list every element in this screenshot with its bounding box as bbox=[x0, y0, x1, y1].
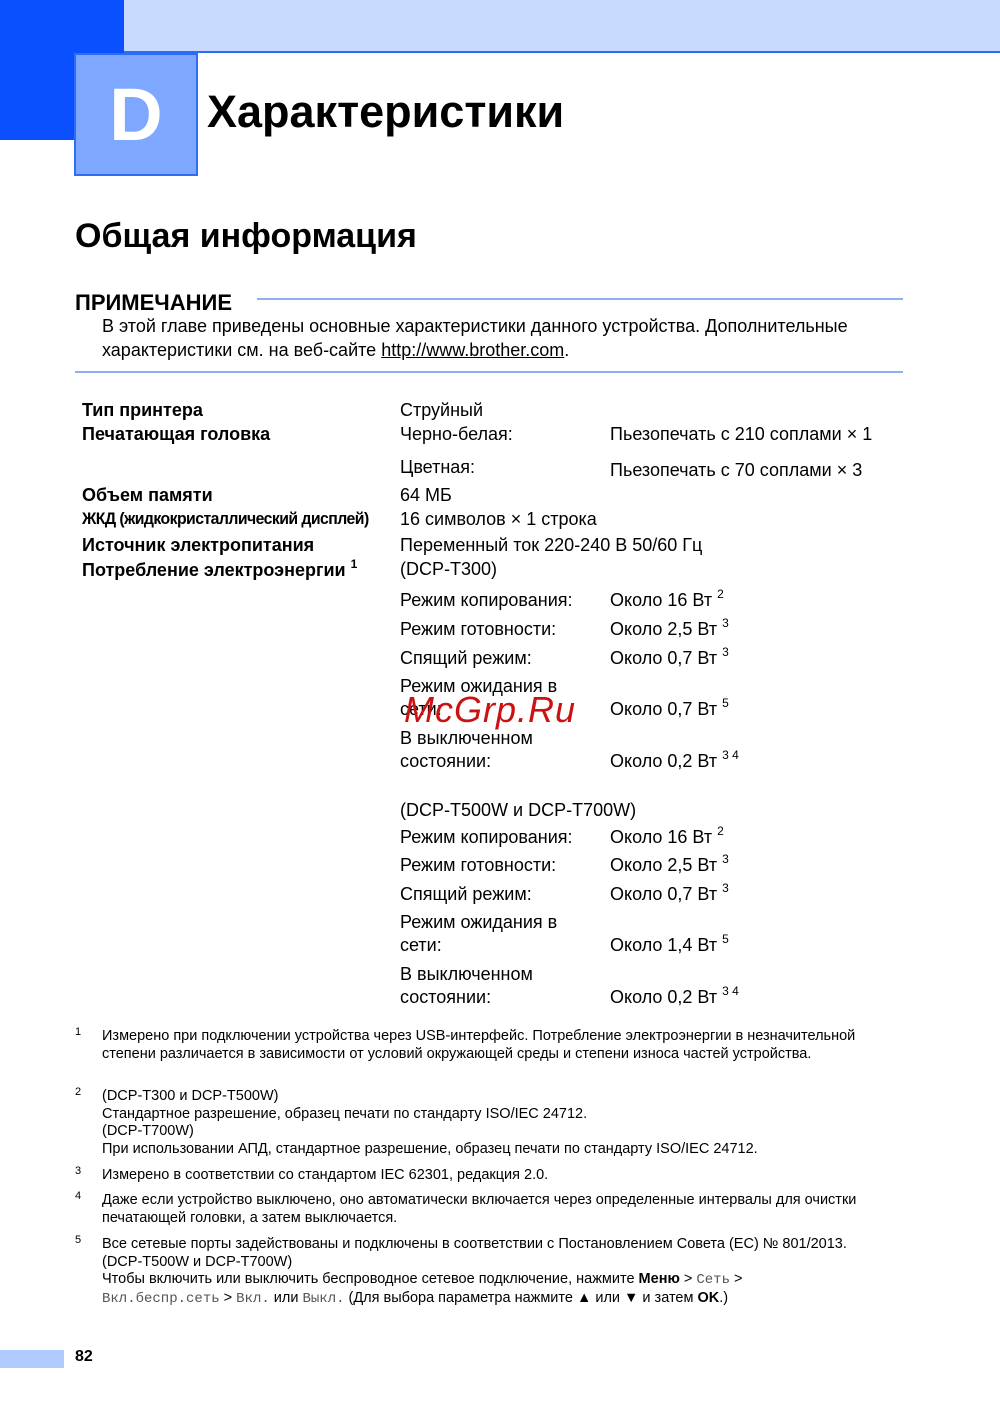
menu-network: Сеть bbox=[696, 1272, 730, 1288]
print-head-bw-value: Пьезопечать с 210 соплами × 1 bbox=[610, 422, 872, 446]
page-number-bar bbox=[0, 1350, 64, 1368]
option-off: Выкл. bbox=[302, 1291, 344, 1307]
footnote-2: (DCP-T300 и DCP-T500W) Стандартное разре… bbox=[102, 1088, 912, 1158]
label-printer-type: Тип принтера bbox=[82, 398, 203, 422]
footnote-line: (DCP-T500W и DCP-T700W) bbox=[102, 1254, 912, 1272]
power-value-text: Около 16 Вт bbox=[610, 827, 712, 847]
footnote-line: Стандартное разрешение, образец печати п… bbox=[102, 1106, 912, 1124]
note-text: В этой главе приведены основные характер… bbox=[102, 314, 912, 362]
power-row-value: Около 0,7 Вт 5 bbox=[610, 697, 729, 721]
menu-wlan: Вкл.беспр.сеть bbox=[102, 1291, 220, 1307]
footnote-line: Вкл.беспр.сеть > Вкл. или Выкл. (Для выб… bbox=[102, 1290, 912, 1309]
chapter-letter-box: D bbox=[74, 53, 198, 176]
footnote-ref: 3 4 bbox=[722, 984, 739, 998]
power-row-value: Около 2,5 Вт 3 bbox=[610, 617, 729, 641]
power-value-text: Около 0,7 Вт bbox=[610, 699, 717, 719]
power-group-model: (DCP-T500W и DCP-T700W) bbox=[400, 798, 636, 822]
footnote-line: При использовании АПД, стандартное разре… bbox=[102, 1141, 912, 1159]
footnote-3: Измерено в соответствии со стандартом IE… bbox=[102, 1167, 912, 1185]
footnote-text: .) bbox=[719, 1290, 728, 1306]
power-row-name: Режим готовности: bbox=[400, 617, 556, 641]
footnote-number: 3 bbox=[75, 1163, 81, 1179]
power-row-value: Около 0,2 Вт 3 4 bbox=[610, 749, 739, 773]
page-number: 82 bbox=[75, 1347, 93, 1367]
brother-website-link[interactable]: http://www.brother.com bbox=[381, 340, 564, 360]
power-value-text: Около 0,2 Вт bbox=[610, 751, 717, 771]
footnote-line: (DCP-T700W) bbox=[102, 1123, 912, 1141]
note-title: ПРИМЕЧАНИЕ bbox=[75, 289, 232, 317]
footnote-ref: 5 bbox=[722, 932, 729, 946]
power-value-text: Около 1,4 Вт bbox=[610, 935, 717, 955]
power-row-name-line2: состоянии: bbox=[400, 985, 491, 1009]
option-on: Вкл. bbox=[236, 1291, 270, 1307]
value-lcd: 16 символов × 1 строка bbox=[400, 507, 597, 531]
footnote-number: 4 bbox=[75, 1188, 81, 1204]
header-light-band bbox=[124, 0, 1000, 53]
power-row-value: Около 0,7 Вт 3 bbox=[610, 882, 729, 906]
value-printer-type: Струйный bbox=[400, 398, 483, 422]
power-row-name-line2: состоянии: bbox=[400, 749, 491, 773]
power-row-name-line1: Режим ожидания в bbox=[400, 910, 557, 934]
footnote-4: Даже если устройство выключено, оно авто… bbox=[102, 1192, 912, 1227]
separator: > bbox=[680, 1271, 697, 1287]
power-row-name: Спящий режим: bbox=[400, 646, 532, 670]
label-power-consumption: Потребление электроэнергии 1 bbox=[82, 558, 357, 582]
footnote-text: или bbox=[270, 1290, 303, 1306]
note-rule-bottom bbox=[75, 371, 903, 373]
footnote-number: 5 bbox=[75, 1232, 81, 1248]
footnote-ref: 5 bbox=[722, 696, 729, 710]
power-row-value: Около 2,5 Вт 3 bbox=[610, 853, 729, 877]
separator: > bbox=[220, 1290, 237, 1306]
power-row-name: Режим копирования: bbox=[400, 825, 573, 849]
print-head-color-value: Пьезопечать с 70 соплами × 3 bbox=[610, 458, 862, 482]
footnote-ref: 3 bbox=[722, 852, 729, 866]
footnote-ref: 3 bbox=[722, 645, 729, 659]
footnote-5: Все сетевые порты задействованы и подклю… bbox=[102, 1236, 912, 1308]
value-memory: 64 МБ bbox=[400, 483, 452, 507]
power-row-value: Около 0,7 Вт 3 bbox=[610, 646, 729, 670]
power-value-text: Около 2,5 Вт bbox=[610, 855, 717, 875]
watermark: McGrp.Ru bbox=[404, 688, 576, 732]
power-value-text: Около 0,7 Вт bbox=[610, 884, 717, 904]
label-lcd: ЖКД (жидкокристаллический дисплей) bbox=[82, 507, 369, 531]
footnote-ref: 2 bbox=[717, 587, 724, 601]
power-value-text: Около 0,2 Вт bbox=[610, 987, 717, 1007]
power-group-model: (DCP-T300) bbox=[400, 557, 497, 581]
section-title: Общая информация bbox=[75, 214, 417, 258]
power-row-value: Около 16 Вт 2 bbox=[610, 825, 724, 849]
footnote-number: 1 bbox=[75, 1024, 81, 1040]
power-row-value: Около 16 Вт 2 bbox=[610, 588, 724, 612]
note-text-end: . bbox=[564, 340, 569, 360]
footnote-text: (Для выбора параметра нажмите ▲ или ▼ и … bbox=[345, 1290, 698, 1306]
power-value-text: Около 2,5 Вт bbox=[610, 619, 717, 639]
power-row-name: Режим копирования: bbox=[400, 588, 573, 612]
power-row-value: Около 1,4 Вт 5 bbox=[610, 933, 729, 957]
power-value-text: Около 0,7 Вт bbox=[610, 648, 717, 668]
value-power-source: Переменный ток 220-240 В 50/60 Гц bbox=[400, 533, 702, 557]
footnote-ref: 1 bbox=[351, 557, 358, 571]
power-row-name-line2: сети: bbox=[400, 933, 442, 957]
footnote-ref: 3 bbox=[722, 616, 729, 630]
menu-key: Меню bbox=[639, 1271, 680, 1287]
note-rule-top bbox=[257, 298, 903, 300]
footnote-line: Чтобы включить или выключить беспроводно… bbox=[102, 1271, 912, 1290]
power-value-text: Около 16 Вт bbox=[610, 590, 712, 610]
power-row-value: Около 0,2 Вт 3 4 bbox=[610, 985, 739, 1009]
footnote-ref: 2 bbox=[717, 824, 724, 838]
footnote-ref: 3 4 bbox=[722, 748, 739, 762]
footnote-text: Чтобы включить или выключить беспроводно… bbox=[102, 1271, 639, 1287]
label-power-consumption-text: Потребление электроэнергии bbox=[82, 560, 346, 580]
power-row-name-line1: В выключенном bbox=[400, 962, 533, 986]
label-print-head: Печатающая головка bbox=[82, 422, 270, 446]
print-head-bw-name: Черно-белая: bbox=[400, 422, 513, 446]
footnote-number: 2 bbox=[75, 1084, 81, 1100]
separator: > bbox=[730, 1271, 743, 1287]
footnote-line: (DCP-T300 и DCP-T500W) bbox=[102, 1088, 912, 1106]
label-power-source: Источник электропитания bbox=[82, 533, 314, 557]
power-row-name: Спящий режим: bbox=[400, 882, 532, 906]
power-row-name: Режим готовности: bbox=[400, 853, 556, 877]
footnote-1: Измерено при подключении устройства чере… bbox=[102, 1028, 912, 1063]
footnote-ref: 3 bbox=[722, 881, 729, 895]
label-memory: Объем памяти bbox=[82, 483, 213, 507]
print-head-color-name: Цветная: bbox=[400, 455, 475, 479]
chapter-title: Характеристики bbox=[207, 84, 564, 140]
footnote-line: Все сетевые порты задействованы и подклю… bbox=[102, 1236, 912, 1254]
ok-key: OK bbox=[697, 1290, 719, 1306]
